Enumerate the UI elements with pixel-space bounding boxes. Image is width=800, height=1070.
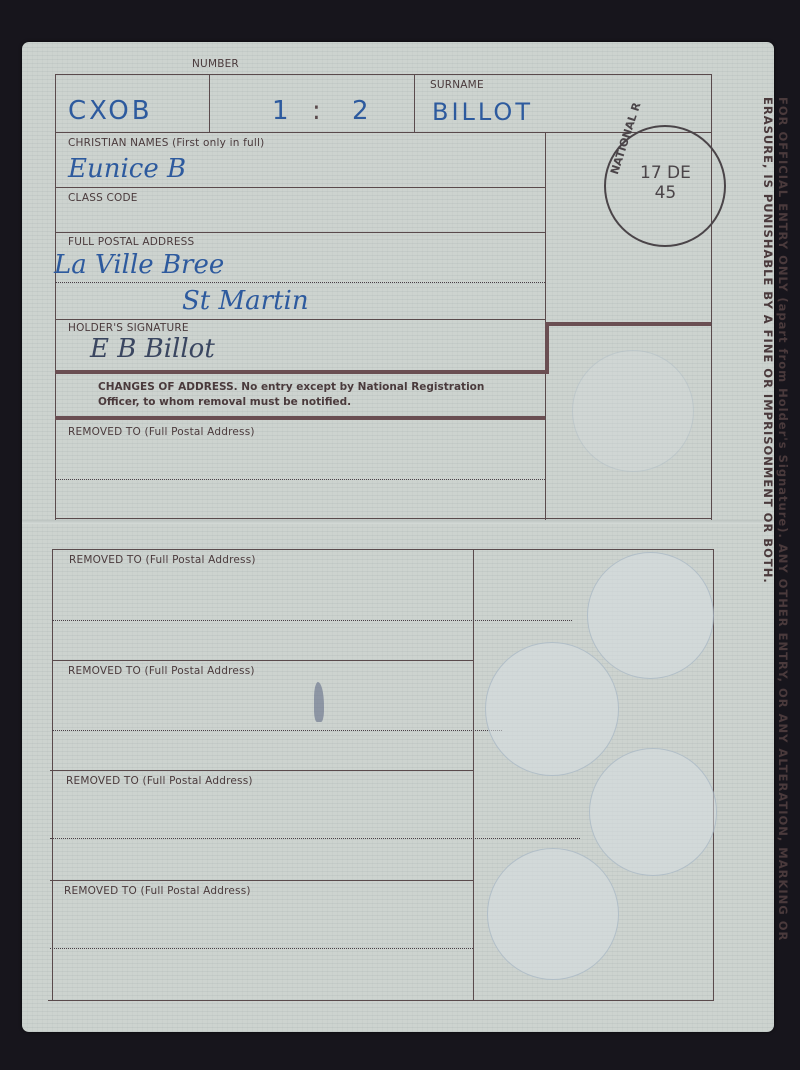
holder-signature: E B Billot [90,334,215,364]
removed-to-label-2: REMOVED TO (Full Postal Address) [69,554,256,566]
left-border [55,74,56,520]
christian-names-value: Eunice B [68,154,186,184]
number-row-bottom [55,132,711,133]
stamp-year: 45 [640,183,691,203]
watermark-circle-2 [485,642,619,776]
removed-to-2-bottom [52,660,473,661]
changes-of-address-notice: CHANGES OF ADDRESS. No entry except by N… [98,380,508,410]
class-code-label: CLASS CODE [68,192,138,204]
stamp-day-month: 17 DE [640,163,691,183]
number-separator: : [312,96,324,126]
removed-to-3-dotted [52,730,502,731]
number-divider-1 [209,74,210,132]
removed-to-3-bottom [50,770,473,771]
christian-names-bottom [55,187,545,188]
notice-bottom-thick [55,416,545,420]
signature-bottom-thick [55,370,549,374]
watermark-circle-3 [589,748,717,876]
lower-form-top [52,549,713,550]
removed-to-label-4: REMOVED TO (Full Postal Address) [66,775,253,787]
number-code: CXOB [68,96,153,126]
signature-label: HOLDER'S SIGNATURE [68,322,189,334]
address-dotted-line [55,282,545,283]
christian-names-label: CHRISTIAN NAMES (First only in full) [68,137,264,149]
lower-left-border [52,549,53,1001]
watermark-circle-4 [487,848,619,980]
right-border [711,74,712,520]
watermark-circle-upper [572,350,694,472]
address-label: FULL POSTAL ADDRESS [68,236,194,248]
number-label: NUMBER [192,58,239,70]
ink-smudge [314,682,324,722]
top-border [55,74,711,75]
removed-to-label-5: REMOVED TO (Full Postal Address) [64,885,251,897]
lower-column-divider [473,549,474,1001]
right-box-top-thick [545,322,711,326]
removed-to-1-dotted [55,479,545,480]
card-fold [22,520,774,524]
lower-form-bottom [48,1000,713,1001]
watermark-circle-1 [587,552,714,679]
right-box-divider-thick [545,322,549,374]
address-line2: St Martin [182,286,309,316]
identity-card: NUMBER CXOB 1 : 2 SURNAME BILLOT CHRISTI… [22,42,774,1032]
stamp-date: 17 DE 45 [640,163,691,204]
removed-to-5-dotted [50,948,473,949]
address-bottom [55,319,545,320]
number-part2: 2 [352,96,372,126]
class-code-bottom [55,232,545,233]
removed-to-2-dotted [52,620,572,621]
number-divider-2 [414,74,415,132]
side-warning-text: FOR OFFICIAL ENTRY ONLY (apart from Hold… [760,97,790,967]
upper-form-bottom [55,518,711,519]
removed-to-4-dotted [50,838,580,839]
number-part1: 1 [272,96,292,126]
removed-to-label-1: REMOVED TO (Full Postal Address) [68,426,255,438]
surname-value: BILLOT [432,98,533,126]
surname-label: SURNAME [430,79,484,91]
removed-to-label-3: REMOVED TO (Full Postal Address) [68,665,255,677]
removed-to-4-bottom [50,880,473,881]
address-line1: La Ville Bree [54,250,224,280]
